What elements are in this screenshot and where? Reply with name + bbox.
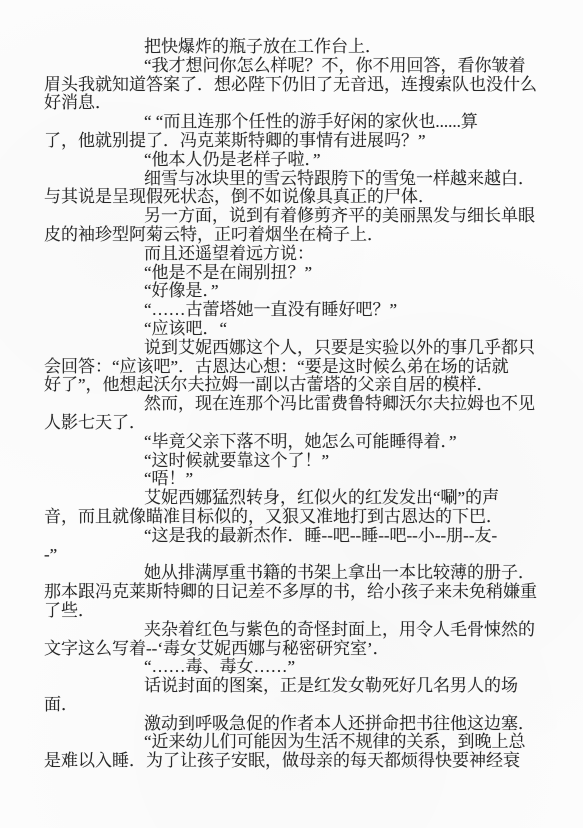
text-line: “这时候就要靠这个了！” <box>44 452 543 471</box>
text-line: 激动到呼吸急促的作者本人还拼命把书往他这边塞． <box>44 715 543 734</box>
text-line: “……古蕾塔她一直没有睡好吧？” <box>44 301 543 320</box>
text-line: 眉头我就知道答案了．想必陛下仍旧了无音迅，连搜索队也没什么 <box>44 76 543 95</box>
text-line: 与其说是呈现假死状态，倒不如说像具真正的尸体． <box>44 188 543 207</box>
text-line: “……毒、毒女……” <box>44 658 543 677</box>
text-line: “近来幼儿们可能因为生活不规律的关系，到晚上总 <box>44 733 543 752</box>
text-line: 夹杂着红色与紫色的奇怪封面上，用令人毛骨悚然的 <box>44 621 543 640</box>
text-line: 把快爆炸的瓶子放在工作台上． <box>44 38 543 57</box>
text-line: “他本人仍是老样子啦．” <box>44 151 543 170</box>
text-line: 好了”，他想起沃尔夫拉姆一副以古蕾塔的父亲自居的模样． <box>44 376 543 395</box>
text-line: “唔！” <box>44 470 543 489</box>
text-line: 另一方面，说到有着修剪齐平的美丽黑发与细长单眼 <box>44 207 543 226</box>
text-line: “毕竟父亲下落不明，她怎么可能睡得着．” <box>44 433 543 452</box>
text-line: “ “而且连那个任性的游手好闲的家伙也......算 <box>44 113 543 132</box>
text-line: 好消息． <box>44 94 543 113</box>
document-page: 把快爆炸的瓶子放在工作台上．“我才想问你怎么样呢？不，你不用回答，看你皱着眉头我… <box>0 0 583 828</box>
text-line: 细雪与冰块里的雪云特跟胯下的雪兔一样越来越白． <box>44 170 543 189</box>
text-line: “他是不是在闹别扭？” <box>44 264 543 283</box>
text-line: 她从排满厚重书籍的书架上拿出一本比较薄的册子． <box>44 564 543 583</box>
text-line: 是难以入睡．为了让孩子安眠，做母亲的每天都烦得快要神经衰 <box>44 752 543 771</box>
text-line: “好像是．” <box>44 282 543 301</box>
text-line: 面． <box>44 696 543 715</box>
text-line: 音，而且就像瞄准目标似的，又狠又准地打到古恩达的下巴． <box>44 508 543 527</box>
text-column: 把快爆炸的瓶子放在工作台上．“我才想问你怎么样呢？不，你不用回答，看你皱着眉头我… <box>0 0 583 771</box>
text-line: 了，他就别提了．冯克莱斯特卿的事情有进展吗？” <box>44 132 543 151</box>
text-line: -” <box>44 546 543 565</box>
text-line: 那本跟冯克莱斯特卿的日记差不多厚的书，给小孩子来未免稍嫌重 <box>44 583 543 602</box>
text-line: “我才想问你怎么样呢？不，你不用回答，看你皱着 <box>44 57 543 76</box>
text-line: 会回答：“应该吧”．古恩达心想：“要是这时候么弟在场的话就 <box>44 358 543 377</box>
text-line: 而且还遥望着远方说： <box>44 245 543 264</box>
text-line: 人影七天了． <box>44 414 543 433</box>
text-line: 文字这么写着--‘毒女艾妮西娜与秘密研究室’． <box>44 640 543 659</box>
text-line: 皮的袖珍型阿菊云特，正叼着烟坐在椅子上． <box>44 226 543 245</box>
text-line: 话说封面的图案，正是红发女勒死好几名男人的场 <box>44 677 543 696</box>
text-line: 了些． <box>44 602 543 621</box>
text-line: 艾妮西娜猛烈转身，红似火的红发发出“唰”的声 <box>44 489 543 508</box>
text-line: “应该吧．“ <box>44 320 543 339</box>
text-line: 说到艾妮西娜这个人，只要是实验以外的事几乎都只 <box>44 339 543 358</box>
text-line: “这是我的最新杰作．睡--吧--睡--吧--小--朋--友- <box>44 527 543 546</box>
text-line: 然而，现在连那个冯比雷费鲁特卿沃尔夫拉姆也不见 <box>44 395 543 414</box>
